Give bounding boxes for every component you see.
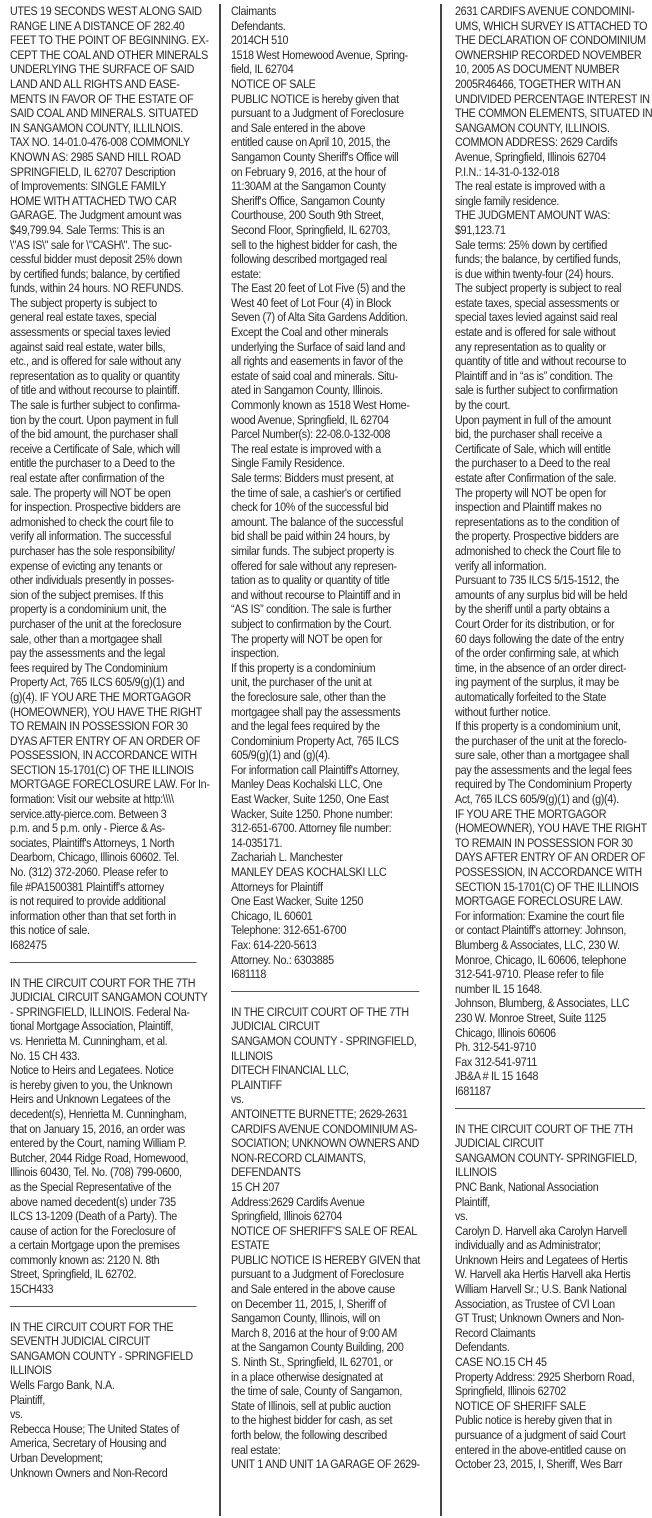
notice-text-line: SECTION 15-1701(C) OF THE ILLINOIS bbox=[10, 763, 197, 778]
notice-text-line: S. Ninth St., Springfield, IL 62701, or bbox=[231, 1355, 419, 1370]
notice-text-line: Butcher, 2044 Ridge Road, Homewood, bbox=[10, 1151, 197, 1166]
notice-text-line: ILCS 13-1209 (Death of a Party). The bbox=[10, 1209, 197, 1224]
notice-text-line: SANGAMON COUNTY- SPRINGFIELD, bbox=[455, 1151, 645, 1166]
notice-text-line: Unknown Owners and Non-Record bbox=[10, 1466, 197, 1481]
notice-text-line: OWNERSHIP RECORDED NOVEMBER bbox=[455, 48, 645, 63]
notice-text-line: estate: bbox=[231, 267, 419, 282]
notice-text-line: Rebecca House; The United States of bbox=[10, 1422, 197, 1437]
notice-text-line: number IL 15 1648. bbox=[455, 982, 645, 997]
notice-text-line: $91,123.71 bbox=[455, 223, 645, 238]
notice-text-line: at the Sangamon County Building, 200 bbox=[231, 1340, 419, 1355]
notice-text-line: PLAINTIFF bbox=[231, 1078, 419, 1093]
notice-text-line: estate and is offered for sale without bbox=[455, 325, 645, 340]
notice-text-line: JB&A # IL 15 1648 bbox=[455, 1069, 645, 1084]
notice-text-line: (HOMEOWNER), YOU HAVE THE RIGHT bbox=[10, 705, 197, 720]
notice-text-line: unit, the purchaser of the unit at bbox=[231, 675, 419, 690]
notice-text-line: etc., and is offered for sale without an… bbox=[10, 354, 197, 369]
notice-text-line: No. (312) 372-2060. Please refer to bbox=[10, 865, 197, 880]
notice-text-line: NOTICE OF SHERIFF SALE bbox=[455, 1399, 645, 1414]
notice-text-line: tion by the court. Upon payment in full bbox=[10, 413, 197, 428]
notice-text-line: file #PA1500381 Plaintiff's attorney bbox=[10, 880, 197, 895]
notice-text-line: the purchaser to a Deed to the real bbox=[455, 456, 645, 471]
notice-text-line: 605/9(g)(1) and (g)(4). bbox=[231, 748, 419, 763]
notice-text-line: formation: Visit our website at http:\\\… bbox=[10, 792, 197, 807]
notice-text-line: Sangamon County Sheriff's Office will bbox=[231, 150, 419, 165]
notice-text-line: Zachariah L. Manchester bbox=[231, 850, 419, 865]
notice-text-line: COMMON ADDRESS: 2629 Cardifs bbox=[455, 135, 645, 150]
notice-text-line: SEVENTH JUDICIAL CIRCUIT bbox=[10, 1334, 197, 1349]
notice-text-line: P.I.N.: 14-31-0-132-018 bbox=[455, 165, 645, 180]
notice-text-line: Monroe, Chicago, IL 60606, telephone bbox=[455, 953, 645, 968]
notice-text-line: Condominium Property Act, 765 ILCS bbox=[231, 734, 419, 749]
notice-text-line: estate of said coal and minerals. Situ- bbox=[231, 369, 419, 384]
notice-text-line: funds, within 24 hours. NO REFUNDS. bbox=[10, 281, 197, 296]
notice-text-line: POSSESSION, IN ACCORDANCE WITH bbox=[10, 748, 197, 763]
notice-text-line: JUDICIAL CIRCUIT bbox=[455, 1136, 645, 1151]
notice-text-line: of the bid amount, the purchaser shall bbox=[10, 427, 197, 442]
notice-text-line: MORTGAGE FORECLOSURE LAW. For In- bbox=[10, 777, 197, 792]
notice-separator bbox=[231, 991, 419, 992]
notice-text-line: commonly known as: 2120 N. 8th bbox=[10, 1253, 197, 1268]
notice-text-line: estate after Confirmation of the sale. bbox=[455, 471, 645, 486]
notice-text-line: Fax 312-541-9711 bbox=[455, 1055, 645, 1070]
notice-text-line: Commonly known as 1518 West Home- bbox=[231, 398, 419, 413]
notice-text-line: \"AS IS\" sale for \"CASH\". The suc- bbox=[10, 238, 197, 253]
notice-text-line: funds; the balance, by certified funds, bbox=[455, 252, 645, 267]
notice-text-line: underlying the Surface of said land and bbox=[231, 340, 419, 355]
notice-separator bbox=[10, 962, 197, 963]
notice-text-line: by certified funds; balance, by certifie… bbox=[10, 267, 197, 282]
notice-text-line: purchaser of the unit at the foreclosure bbox=[10, 617, 197, 632]
notice-text-line: sale, other than a mortgagee shall bbox=[10, 632, 197, 647]
notice-text-line: against said real estate, water bills, bbox=[10, 340, 197, 355]
column-2: ClaimantsDefendants.2014CH 5101518 West … bbox=[231, 4, 419, 1472]
notice-text-line: wood Avenue, Springfield, IL 62704 bbox=[231, 413, 419, 428]
notice-text-line: For information call Plaintiff's Attorne… bbox=[231, 763, 419, 778]
notice-text-line: any representation as to quality or bbox=[455, 340, 645, 355]
notice-text-line: Sale terms: Bidders must present, at bbox=[231, 471, 419, 486]
notice-text-line: amount. The balance of the successful bbox=[231, 515, 419, 530]
notice-text-line: 2631 CARDIFS AVENUE CONDOMINI- bbox=[455, 4, 645, 19]
notice-text-line: assessments or special taxes levied bbox=[10, 325, 197, 340]
notice-text-line: I681118 bbox=[231, 967, 419, 982]
legal-notice: IN THE CIRCUIT COURT OF THE 7THJUDICIAL … bbox=[455, 1122, 645, 1472]
notice-text-line: Courthouse, 200 South 9th Street, bbox=[231, 208, 419, 223]
notice-text-line: cessful bidder must deposit 25% down bbox=[10, 252, 197, 267]
notice-text-line: purchaser has the sole responsibility/ bbox=[10, 544, 197, 559]
notice-text-line: ESTATE bbox=[231, 1238, 419, 1253]
notice-text-line: Dearborn, Chicago, Illinois 60602. Tel. bbox=[10, 850, 197, 865]
notice-text-line: Act, 765 ILCS 605/9(g)(1) and (g)(4). bbox=[455, 792, 645, 807]
notice-text-line: The sale is further subject to confirma- bbox=[10, 398, 197, 413]
notice-text-line: SOCIATION; UNKNOWN OWNERS AND bbox=[231, 1136, 419, 1151]
notice-text-line: by the sheriff until a party obtains a bbox=[455, 602, 645, 617]
notice-text-line: Except the Coal and other minerals bbox=[231, 325, 419, 340]
notice-text-line: Plaintiff, bbox=[10, 1393, 197, 1408]
legal-notice: IN THE CIRCUIT COURT OF THE 7THJUDICIAL … bbox=[231, 1005, 419, 1472]
notice-text-line: sale. The property will NOT be open bbox=[10, 486, 197, 501]
notice-text-line: UTES 19 SECONDS WEST ALONG SAID bbox=[10, 4, 197, 19]
notice-text-line: 2005R46466, TOGETHER WITH AN bbox=[455, 77, 645, 92]
notice-text-line: UNDIVIDED PERCENTAGE INTEREST IN bbox=[455, 92, 645, 107]
notice-text-line: Chicago, IL 60601 bbox=[231, 909, 419, 924]
notice-text-line: West 40 feet of Lot Four (4) in Block bbox=[231, 296, 419, 311]
notice-text-line: entitle the purchaser to a Deed to the bbox=[10, 456, 197, 471]
notice-text-line: p.m. and 5 p.m. only - Pierce & As- bbox=[10, 821, 197, 836]
notice-text-line: Plaintiff, bbox=[455, 1195, 645, 1210]
notice-text-line: pursuance of a judgment of said Court bbox=[455, 1428, 645, 1443]
notice-text-line: Seven (7) of Alta Sita Gardens Addition. bbox=[231, 310, 419, 325]
notice-text-line: KNOWN AS: 2985 SAND HILL ROAD bbox=[10, 150, 197, 165]
notice-text-line: - SPRINGFIELD, ILLINOIS. Federal Na- bbox=[10, 1005, 197, 1020]
notice-text-line: fees required by The Condominium bbox=[10, 661, 197, 676]
notice-text-line: verify all information. The successful bbox=[10, 529, 197, 544]
notice-text-line: Certificate of Sale, which will entitle bbox=[455, 442, 645, 457]
notice-text-line: Street, Springfield, IL 62702. bbox=[10, 1267, 197, 1282]
notice-text-line: all rights and easements in favor of the bbox=[231, 354, 419, 369]
notice-text-line: SECTION 15-1701(C) OF THE ILLINOIS bbox=[455, 880, 645, 895]
notice-text-line: America, Secretary of Housing and bbox=[10, 1436, 197, 1451]
notice-text-line: bid, the purchaser shall receive a bbox=[455, 427, 645, 442]
notice-text-line: The subject property is subject to real bbox=[455, 281, 645, 296]
notice-text-line: Defendants. bbox=[231, 19, 419, 34]
notice-text-line: Notice to Heirs and Legatees. Notice bbox=[10, 1063, 197, 1078]
notice-text-line: One East Wacker, Suite 1250 bbox=[231, 894, 419, 909]
notice-text-line: similar funds. The subject property is bbox=[231, 544, 419, 559]
notice-text-line: POSSESSION, IN ACCORDANCE WITH bbox=[455, 865, 645, 880]
notice-text-line: ated in Sangamon County, Illinois. bbox=[231, 383, 419, 398]
notice-text-line: W. Harvell aka Hertis Harvell aka Hertis bbox=[455, 1267, 645, 1282]
notice-text-line: real estate: bbox=[231, 1443, 419, 1458]
notice-text-line: 312-541-9710. Please refer to file bbox=[455, 967, 645, 982]
notice-text-line: State of Illinois, sell at public auctio… bbox=[231, 1399, 419, 1414]
notice-text-line: mortgagee shall pay the assessments bbox=[231, 705, 419, 720]
notice-text-line: Springfield, Illinois 62704 bbox=[231, 1209, 419, 1224]
notice-text-line: Wells Fargo Bank, N.A. bbox=[10, 1378, 197, 1393]
notice-text-line: property is a condominium unit, the bbox=[10, 602, 197, 617]
notice-text-line: If this property is a condominium unit, bbox=[455, 719, 645, 734]
notice-text-line: SPRINGFIELD, IL 62707 Description bbox=[10, 165, 197, 180]
notice-text-line: $49,799.94. Sale Terms: This is an bbox=[10, 223, 197, 238]
notice-text-line: THE DECLARATION OF CONDOMINIUM bbox=[455, 33, 645, 48]
notice-text-line: the property. Prospective bidders are bbox=[455, 529, 645, 544]
notice-text-line: offered for sale without any represen- bbox=[231, 559, 419, 574]
notice-text-line: automatically forfeited to the State bbox=[455, 690, 645, 705]
notice-text-line: Address:2629 Cardifs Avenue bbox=[231, 1195, 419, 1210]
notice-text-line: or contact Plaintiff's attorney: Johnson… bbox=[455, 923, 645, 938]
notice-text-line: tional Mortgage Association, Plaintiff, bbox=[10, 1019, 197, 1034]
notice-text-line: GARAGE. The Judgment amount was bbox=[10, 208, 197, 223]
notice-text-line: Upon payment in full of the amount bbox=[455, 413, 645, 428]
notice-text-line: Ph. 312-541-9710 bbox=[455, 1040, 645, 1055]
notice-text-line: If this property is a condominium bbox=[231, 661, 419, 676]
notice-text-line: PUBLIC NOTICE is hereby given that bbox=[231, 92, 419, 107]
notice-text-line: William Harvell Sr.; U.S. Bank National bbox=[455, 1282, 645, 1297]
legal-notice: 2631 CARDIFS AVENUE CONDOMINI-UMS, WHICH… bbox=[455, 4, 645, 1099]
notice-text-line: SAID COAL AND MINERALS. SITUATED bbox=[10, 106, 197, 121]
notice-text-line: to the highest bidder for cash, as set bbox=[231, 1413, 419, 1428]
notice-text-line: and Sale entered in the above cause bbox=[231, 1282, 419, 1297]
notice-text-line: Sheriff's Office, Sangamon County bbox=[231, 194, 419, 209]
notice-text-line: Fax: 614-220-5613 bbox=[231, 938, 419, 953]
notice-text-line: and the legal fees required by the bbox=[231, 719, 419, 734]
notice-text-line: ing payment of the surplus, it may be bbox=[455, 675, 645, 690]
notice-text-line: DEFENDANTS bbox=[231, 1165, 419, 1180]
notice-text-line: NOTICE OF SALE bbox=[231, 77, 419, 92]
notice-text-line: forth below, the following described bbox=[231, 1428, 419, 1443]
notice-text-line: Second Floor, Springfield, IL 62703, bbox=[231, 223, 419, 238]
notice-text-line: DITECH FINANCIAL LLC, bbox=[231, 1063, 419, 1078]
notice-separator bbox=[10, 1306, 197, 1307]
notice-text-line: field, IL 62704 bbox=[231, 62, 419, 77]
notice-text-line: CARDIFS AVENUE CONDOMINIUM AS- bbox=[231, 1122, 419, 1137]
notice-text-line: information other than that set forth in bbox=[10, 909, 197, 924]
notice-text-line: 11:30AM at the Sangamon County bbox=[231, 179, 419, 194]
notice-text-line: without further notice. bbox=[455, 705, 645, 720]
notice-text-line: UNIT 1 AND UNIT 1A GARAGE OF 2629- bbox=[231, 1457, 419, 1472]
notice-text-line: that on January 15, 2016, an order was bbox=[10, 1122, 197, 1137]
notice-text-line: sociates, Plaintiff's Attorneys, 1 North bbox=[10, 836, 197, 851]
notice-text-line: 312-651-6700. Attorney file number: bbox=[231, 821, 419, 836]
notice-text-line: ANTOINETTE BURNETTE; 2629-2631 bbox=[231, 1107, 419, 1122]
notice-text-line: The real estate is improved with a bbox=[455, 179, 645, 194]
notice-text-line: by the court. bbox=[455, 398, 645, 413]
notice-text-line: pursuant to a Judgment of Foreclosure bbox=[231, 1267, 419, 1282]
notice-text-line: vs. bbox=[231, 1092, 419, 1107]
notice-text-line: as the Special Representative of the bbox=[10, 1180, 197, 1195]
notice-text-line: 60 days following the date of the entry bbox=[455, 632, 645, 647]
notice-text-line: admonished to check the Court file to bbox=[455, 544, 645, 559]
notice-text-line: amounts of any surplus bid will be held bbox=[455, 588, 645, 603]
notice-text-line: pay the assessments and the legal bbox=[10, 646, 197, 661]
notice-text-line: is due within twenty-four (24) hours. bbox=[455, 267, 645, 282]
legal-notice: IN THE CIRCUIT COURT FOR THESEVENTH JUDI… bbox=[10, 1320, 197, 1481]
notice-text-line: 15CH433 bbox=[10, 1282, 197, 1297]
notice-text-line: JUDICIAL CIRCUIT SANGAMON COUNTY bbox=[10, 990, 197, 1005]
notice-text-line: March 8, 2016 at the hour of 9:00 AM bbox=[231, 1326, 419, 1341]
notice-text-line: Illinois 60430, Tel. No. (708) 799-0600, bbox=[10, 1165, 197, 1180]
legal-notice: UTES 19 SECONDS WEST ALONG SAIDRANGE LIN… bbox=[10, 4, 197, 953]
notice-text-line: DYAS AFTER ENTRY OF AN ORDER OF bbox=[10, 734, 197, 749]
notice-text-line: LAND AND ALL RIGHTS AND EASE- bbox=[10, 77, 197, 92]
notice-text-line: in a place otherwise designated at bbox=[231, 1370, 419, 1385]
notice-text-line: Association, as Trustee of CVI Loan bbox=[455, 1297, 645, 1312]
notice-text-line: TAX NO. 14-01.0-476-008 COMMONLY bbox=[10, 135, 197, 150]
notice-text-line: IN THE CIRCUIT COURT OF THE 7TH bbox=[231, 1005, 419, 1020]
notice-text-line: and Sale entered in the above bbox=[231, 121, 419, 136]
notice-text-line: tation as to quality or quantity of titl… bbox=[231, 573, 419, 588]
notice-text-line: HOME WITH ATTACHED TWO CAR bbox=[10, 194, 197, 209]
notice-text-line: Court Order for its distribution, or for bbox=[455, 617, 645, 632]
notice-text-line: UMS, WHICH SURVEY IS ATTACHED TO bbox=[455, 19, 645, 34]
notice-text-line: expense of evicting any tenants or bbox=[10, 559, 197, 574]
notice-text-line: real estate after confirmation of the bbox=[10, 471, 197, 486]
notice-text-line: for inspection. Prospective bidders are bbox=[10, 500, 197, 515]
notice-text-line: For information: Examine the court file bbox=[455, 909, 645, 924]
notice-text-line: Property Act, 765 ILCS 605/9(g)(1) and bbox=[10, 675, 197, 690]
notice-text-line: this notice of sale. bbox=[10, 923, 197, 938]
notice-text-line: MORTGAGE FORECLOSURE LAW. bbox=[455, 894, 645, 909]
notice-text-line: Attorney. No.: 6303885 bbox=[231, 953, 419, 968]
notice-text-line: PNC Bank, National Association bbox=[455, 1180, 645, 1195]
notice-text-line: 14-035171. bbox=[231, 836, 419, 851]
notice-text-line: sell to the highest bidder for cash, the bbox=[231, 238, 419, 253]
notice-text-line: 10, 2005 AS DOCUMENT NUMBER bbox=[455, 62, 645, 77]
notice-text-line: SANGAMON COUNTY - SPRINGFIELD, bbox=[231, 1034, 419, 1049]
notice-text-line: ILLINOIS bbox=[231, 1049, 419, 1064]
notice-text-line: CASE NO.15 CH 45 bbox=[455, 1355, 645, 1370]
notice-text-line: quantity of title and without recourse t… bbox=[455, 354, 645, 369]
notice-text-line: entered in the above-entitled cause on bbox=[455, 1443, 645, 1458]
legal-notice: IN THE CIRCUIT COURT FOR THE 7THJUDICIAL… bbox=[10, 976, 197, 1297]
notice-text-line: October 23, 2015, I, Sheriff, Wes Barr bbox=[455, 1457, 645, 1472]
notice-text-line: TO REMAIN IN POSSESSION FOR 30 bbox=[10, 719, 197, 734]
notice-text-line: estate taxes, special assessments or bbox=[455, 296, 645, 311]
notice-text-line: service.atty-pierce.com. Between 3 bbox=[10, 807, 197, 822]
notice-text-line: IN THE CIRCUIT COURT FOR THE 7TH bbox=[10, 976, 197, 991]
notice-text-line: of Improvements: SINGLE FAMILY bbox=[10, 179, 197, 194]
notice-text-line: RANGE LINE A DISTANCE OF 282.40 bbox=[10, 19, 197, 34]
notice-text-line: the foreclosure sale, other than the bbox=[231, 690, 419, 705]
notice-text-line: the time of sale, a cashier's or certifi… bbox=[231, 486, 419, 501]
notice-text-line: Record Claimants bbox=[455, 1326, 645, 1341]
notice-text-line: Property Address: 2925 Sherborn Road, bbox=[455, 1370, 645, 1385]
column-1: UTES 19 SECONDS WEST ALONG SAIDRANGE LIN… bbox=[10, 4, 197, 1480]
notice-text-line: a certain Mortgage upon the premises bbox=[10, 1238, 197, 1253]
notice-text-line: Telephone: 312-651-6700 bbox=[231, 923, 419, 938]
notice-text-line: entitled cause on April 10, 2015, the bbox=[231, 135, 419, 150]
column-3: 2631 CARDIFS AVENUE CONDOMINI-UMS, WHICH… bbox=[455, 4, 645, 1472]
notice-text-line: PUBLIC NOTICE IS HEREBY GIVEN that bbox=[231, 1253, 419, 1268]
notice-text-line: bid shall be paid within 24 hours, by bbox=[231, 529, 419, 544]
notice-text-line: NOTICE OF SHERIFF'S SALE OF REAL bbox=[231, 1224, 419, 1239]
notice-text-line: Single Family Residence. bbox=[231, 456, 419, 471]
notice-text-line: The subject property is subject to bbox=[10, 296, 197, 311]
notice-text-line: decedent(s), Henrietta M. Cunningham, bbox=[10, 1107, 197, 1122]
notice-text-line: Plaintiff and in “as is” condition. The bbox=[455, 369, 645, 384]
notice-text-line: 2014CH 510 bbox=[231, 33, 419, 48]
notice-text-line: (g)(4). IF YOU ARE THE MORTGAGOR bbox=[10, 690, 197, 705]
notice-text-line: individually and as Administrator; bbox=[455, 1238, 645, 1253]
notice-text-line: The property will NOT be open for bbox=[231, 632, 419, 647]
notice-text-line: the time of sale, County of Sangamon, bbox=[231, 1384, 419, 1399]
notice-text-line: Carolyn D. Harvell aka Carolyn Harvell bbox=[455, 1224, 645, 1239]
notice-text-line: Blumberg & Associates, LLC, 230 W. bbox=[455, 938, 645, 953]
notice-text-line: is not required to provide additional bbox=[10, 894, 197, 909]
notice-text-line: subject to confirmation by the Court. bbox=[231, 617, 419, 632]
notice-text-line: The East 20 feet of Lot Five (5) and the bbox=[231, 281, 419, 296]
notice-text-line: NON-RECORD CLAIMANTS, bbox=[231, 1151, 419, 1166]
notice-text-line: Sangamon County, Illinois, will on bbox=[231, 1311, 419, 1326]
notice-text-line: required by The Condominium Property bbox=[455, 777, 645, 792]
notice-text-line: Springfield, Illinois 62702 bbox=[455, 1384, 645, 1399]
notice-text-line: sale is further subject to confirmation bbox=[455, 383, 645, 398]
notice-text-line: THE COMMON ELEMENTS, SITUATED IN bbox=[455, 106, 645, 121]
notice-text-line: Parcel Number(s): 22-08.0-132-008 bbox=[231, 427, 419, 442]
notice-text-line: Avenue, Springfield, Illinois 62704 bbox=[455, 150, 645, 165]
notice-text-line: THE JUDGMENT AMOUNT WAS: bbox=[455, 208, 645, 223]
notice-text-line: sure sale, other than a mortgagee shall bbox=[455, 748, 645, 763]
notice-text-line: I682475 bbox=[10, 938, 197, 953]
notice-text-line: admonished to check the court file to bbox=[10, 515, 197, 530]
notice-text-line: following described mortgaged real bbox=[231, 252, 419, 267]
notice-text-line: and without recourse to Plaintiff and in bbox=[231, 588, 419, 603]
column-divider bbox=[219, 4, 221, 1516]
notice-text-line: Wacker, Suite 1250. Phone number: bbox=[231, 807, 419, 822]
notice-text-line: GT Trust; Unknown Owners and Non- bbox=[455, 1311, 645, 1326]
notice-text-line: I681187 bbox=[455, 1084, 645, 1099]
notice-text-line: IF YOU ARE THE MORTGAGOR bbox=[455, 807, 645, 822]
notice-text-line: Manley Deas Kochalski LLC, One bbox=[231, 777, 419, 792]
notice-text-line: representation as to quality or quantity bbox=[10, 369, 197, 384]
notice-text-line: Public notice is hereby given that in bbox=[455, 1413, 645, 1428]
notice-text-line: IN THE CIRCUIT COURT OF THE 7TH bbox=[455, 1122, 645, 1137]
notice-text-line: Unknown Heirs and Legatees of Hertis bbox=[455, 1253, 645, 1268]
notice-text-line: on December 11, 2015, I, Sheriff of bbox=[231, 1297, 419, 1312]
notice-text-line: check for 10% of the successful bid bbox=[231, 500, 419, 515]
notice-text-line: on February 9, 2016, at the hour of bbox=[231, 165, 419, 180]
notice-text-line: MANLEY DEAS KOCHALSKI LLC bbox=[231, 865, 419, 880]
legal-notices-page: UTES 19 SECONDS WEST ALONG SAIDRANGE LIN… bbox=[0, 0, 652, 1518]
notice-text-line: sion of the subject premises. If this bbox=[10, 588, 197, 603]
notice-text-line: The real estate is improved with a bbox=[231, 442, 419, 457]
notice-text-line: Heirs and Unknown Legatees of the bbox=[10, 1092, 197, 1107]
notice-text-line: Urban Development; bbox=[10, 1451, 197, 1466]
notice-text-line: No. 15 CH 433. bbox=[10, 1049, 197, 1064]
notice-text-line: “AS IS” condition. The sale is further bbox=[231, 602, 419, 617]
notice-text-line: single family residence. bbox=[455, 194, 645, 209]
notice-text-line: East Wacker, Suite 1250, One East bbox=[231, 792, 419, 807]
notice-text-line: Chicago, Illinois 60606 bbox=[455, 1026, 645, 1041]
notice-text-line: TO REMAIN IN POSSESSION FOR 30 bbox=[455, 836, 645, 851]
notice-text-line: vs. bbox=[455, 1209, 645, 1224]
notice-text-line: of the order confirming sale, at which bbox=[455, 646, 645, 661]
notice-text-line: pursuant to a Judgment of Foreclosure bbox=[231, 106, 419, 121]
notice-text-line: Attorneys for Plaintiff bbox=[231, 880, 419, 895]
notice-text-line: inspection and Plaintiff makes no bbox=[455, 500, 645, 515]
notice-text-line: SANGAMON COUNTY, ILLINOIS. bbox=[455, 121, 645, 136]
notice-text-line: UNDERLYING THE SURFACE OF SAID bbox=[10, 62, 197, 77]
notice-text-line: Claimants bbox=[231, 4, 419, 19]
notice-text-line: other individuals presently in posses- bbox=[10, 573, 197, 588]
notice-text-line: entered by the Court, naming William P. bbox=[10, 1136, 197, 1151]
notice-text-line: SANGAMON COUNTY - SPRINGFIELD bbox=[10, 1349, 197, 1364]
column-divider bbox=[440, 4, 442, 1516]
notice-text-line: special taxes levied against said real bbox=[455, 310, 645, 325]
notice-text-line: IN THE CIRCUIT COURT FOR THE bbox=[10, 1320, 197, 1335]
notice-text-line: Pursuant to 735 ILCS 5/15-1512, the bbox=[455, 573, 645, 588]
notice-text-line: The property will NOT be open for bbox=[455, 486, 645, 501]
notice-text-line: vs. Henrietta M. Cunningham, et al. bbox=[10, 1034, 197, 1049]
notice-text-line: above named decedent(s) under 735 bbox=[10, 1195, 197, 1210]
notice-text-line: cause of action for the Foreclosure of bbox=[10, 1224, 197, 1239]
notice-text-line: 1518 West Homewood Avenue, Spring- bbox=[231, 48, 419, 63]
notice-text-line: Defendants. bbox=[455, 1340, 645, 1355]
notice-text-line: time, in the absence of an order direct- bbox=[455, 661, 645, 676]
notice-text-line: vs. bbox=[10, 1407, 197, 1422]
notice-text-line: Johnson, Blumberg, & Associates, LLC bbox=[455, 996, 645, 1011]
notice-text-line: Sale terms: 25% down by certified bbox=[455, 238, 645, 253]
notice-text-line: receive a Certificate of Sale, which wil… bbox=[10, 442, 197, 457]
notice-text-line: the purchaser of the unit at the foreclo… bbox=[455, 734, 645, 749]
notice-text-line: general real estate taxes, special bbox=[10, 310, 197, 325]
notice-text-line: ILLINOIS bbox=[10, 1363, 197, 1378]
notice-text-line: is hereby given to you, the Unknown bbox=[10, 1078, 197, 1093]
notice-text-line: CEPT THE COAL AND OTHER MINERALS bbox=[10, 48, 197, 63]
legal-notice: ClaimantsDefendants.2014CH 5101518 West … bbox=[231, 4, 419, 982]
notice-text-line: ILLINOIS bbox=[455, 1165, 645, 1180]
notice-text-line: of title and without recourse to plainti… bbox=[10, 383, 197, 398]
